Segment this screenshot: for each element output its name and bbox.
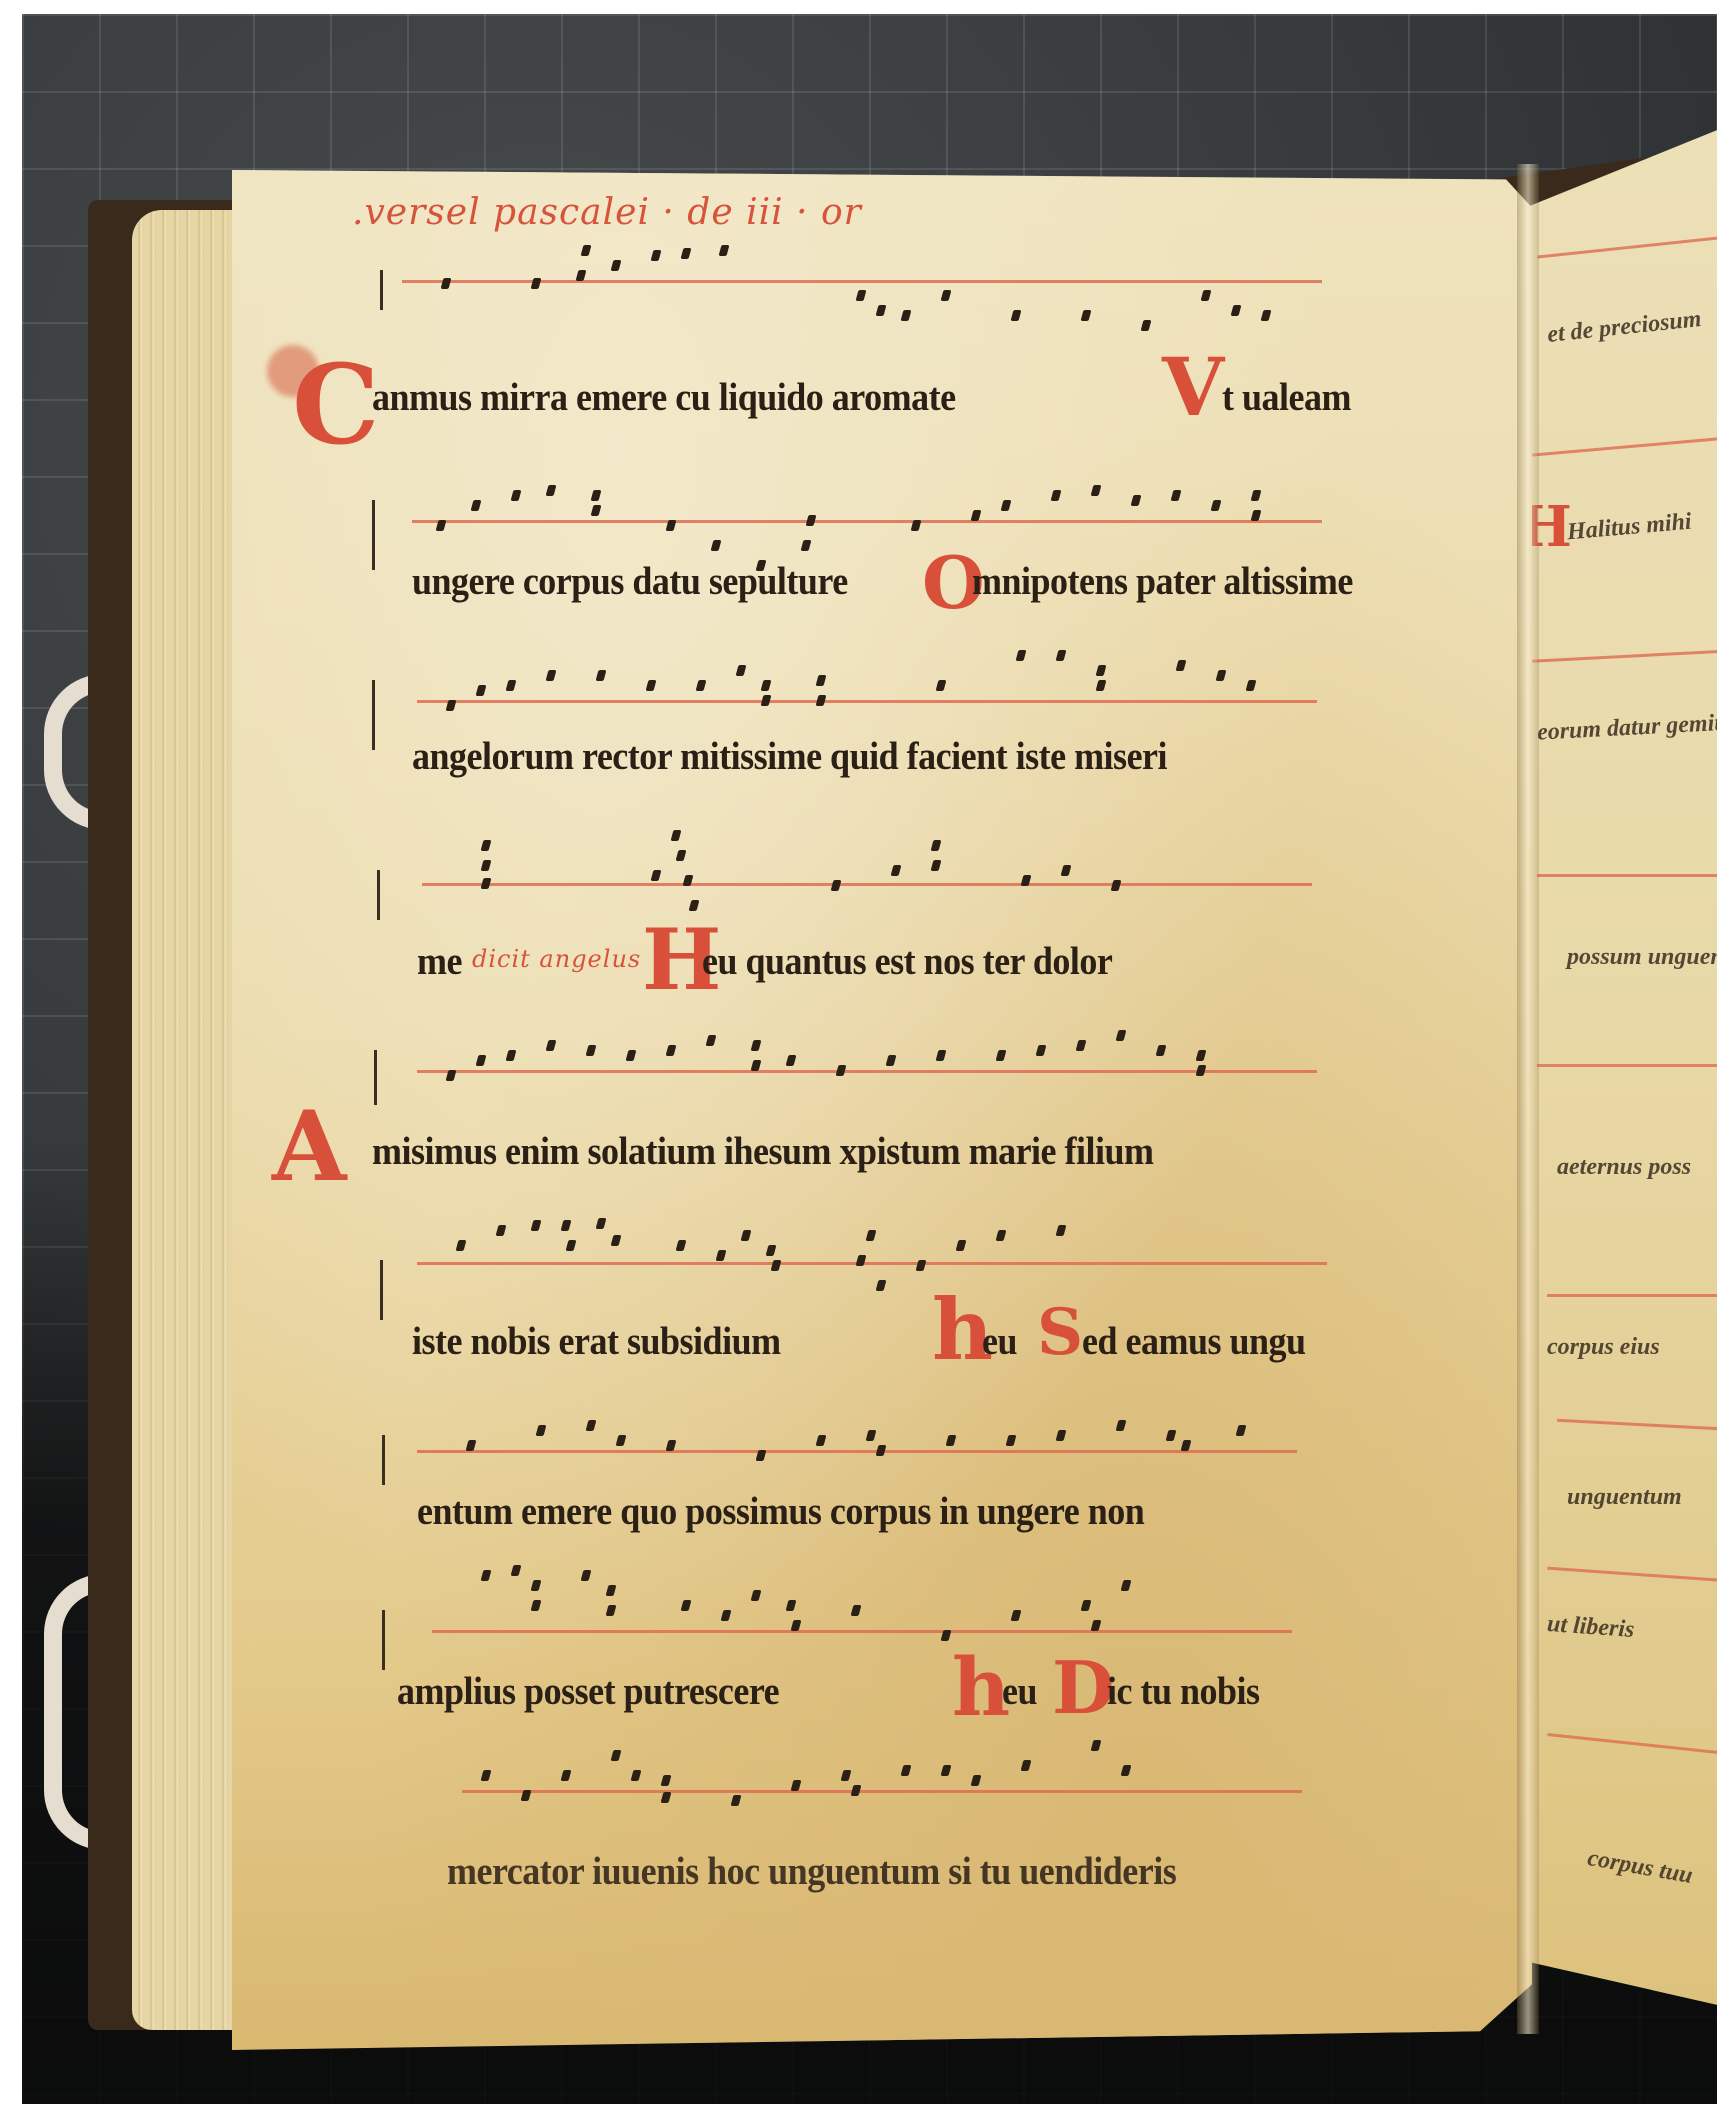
- left-page: .versel pascalei · de iii · or C anmus m…: [232, 170, 1532, 2050]
- right-page-text: possum unguentum: [1567, 944, 1717, 971]
- rubric-inline: dicit angelus: [472, 945, 641, 973]
- neumes: [402, 230, 1322, 340]
- clef-mark: [380, 270, 383, 310]
- clef-mark: [380, 1260, 383, 1320]
- staff-line: [1527, 434, 1717, 457]
- text-line-3: angelorum rector mitissime quid facient …: [412, 733, 1167, 779]
- clef-mark: [372, 680, 375, 750]
- page-edges: [132, 210, 242, 2030]
- text-line-5: misimus enim solatium ihesum xpistum mar…: [372, 1128, 1154, 1174]
- book-gutter: [1517, 164, 1539, 2034]
- clef-mark: [374, 1050, 377, 1105]
- red-initial-S: S: [1037, 1295, 1083, 1370]
- right-page-text: eorum datur gemitum: [1536, 708, 1717, 746]
- clef-mark: [382, 1435, 385, 1485]
- right-page-text: corpus eius: [1547, 1334, 1660, 1361]
- text-line-1: anmus mirra emere cu liquido aromate: [372, 374, 956, 420]
- right-page-text: unguentum: [1567, 1484, 1682, 1511]
- clef-mark: [377, 870, 380, 920]
- right-page-text: corpus tuu: [1585, 1845, 1694, 1890]
- right-page-text: Halitus mihi: [1566, 509, 1693, 547]
- staff-line: [1547, 1294, 1717, 1297]
- neumes: [417, 1010, 1317, 1120]
- staff-line: [1547, 1567, 1717, 1585]
- text-line-6-cont2: ed eamus ungu: [1082, 1318, 1306, 1364]
- red-initial-V: V: [1162, 340, 1224, 434]
- photograph: et de preciosum Halitus mihi H eorum dat…: [22, 14, 1717, 2104]
- text-line-6: iste nobis erat subsidium: [412, 1318, 781, 1364]
- neumes: [432, 1550, 1292, 1660]
- neumes: [422, 810, 1312, 920]
- neumes: [462, 1730, 1302, 1840]
- text-line-8: amplius posset putrescere: [397, 1668, 779, 1714]
- neumes: [417, 1210, 1327, 1320]
- text-line-6-cont: eu: [982, 1318, 1017, 1364]
- staff-line: [1527, 648, 1717, 663]
- right-page-text: et de preciosum: [1546, 306, 1703, 349]
- red-initial-C: C: [292, 340, 380, 469]
- text-line-9: mercator iuuenis hoc unguentum si tu uen…: [447, 1848, 1176, 1894]
- right-page-text: aeternus poss: [1557, 1154, 1691, 1181]
- red-initial-D: D: [1052, 1645, 1114, 1730]
- right-page-text: ut liberis: [1546, 1611, 1635, 1644]
- text-line-7: entum emere quo possimus corpus in unger…: [417, 1488, 1144, 1534]
- text-line-2: ungere corpus datu sepulture: [412, 558, 848, 604]
- red-initial-A: A: [272, 1090, 346, 1203]
- rubric-heading: .versel pascalei · de iii · or: [352, 192, 862, 233]
- text-line-2-cont: mnipotens pater altissime: [972, 558, 1353, 604]
- staff-line: [1537, 874, 1717, 877]
- staff-line: [1547, 1733, 1717, 1758]
- clef-mark: [382, 1610, 385, 1670]
- text-line-1-cont: t ualeam: [1222, 374, 1351, 420]
- text-line-8-cont: eu: [1002, 1668, 1037, 1714]
- text-line-8-cont2: ic tu nobis: [1107, 1668, 1260, 1714]
- neumes: [417, 1390, 1297, 1500]
- text-line-4: me: [417, 938, 462, 984]
- staff-line: [1557, 1419, 1717, 1432]
- staff-line: [1537, 1064, 1717, 1067]
- staff-line: [1537, 233, 1717, 259]
- text-line-4-cont: eu quantus est nos ter dolor: [702, 938, 1112, 984]
- clef-mark: [372, 500, 375, 570]
